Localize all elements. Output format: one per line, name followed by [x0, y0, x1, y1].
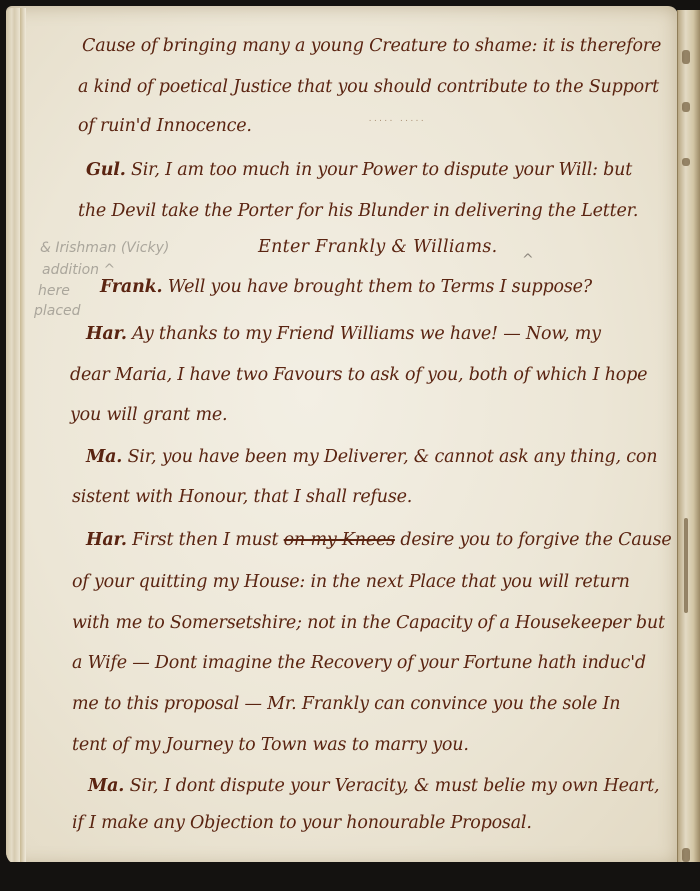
- text-line: me to this proposal — Mr. Frankly can co…: [72, 694, 620, 714]
- stage-direction: Enter Frankly & Williams.: [258, 237, 498, 257]
- dialogue-line: Har. First then I must on my Knees desir…: [86, 530, 672, 550]
- text-line: the Devil take the Porter for his Blunde…: [78, 201, 638, 221]
- text-line: Cause of bringing many a young Creature …: [82, 36, 661, 56]
- insertion-caret-icon: ^: [522, 252, 534, 268]
- dialogue-text: First then I must: [132, 530, 278, 550]
- pencil-margin-note: & Irishman (Vicky): [40, 240, 169, 256]
- text-line: you will grant me.: [70, 405, 227, 425]
- dialogue-line: Ma. Sir, you have been my Deliverer, & c…: [86, 447, 657, 467]
- text-line: if I make any Objection to your honourab…: [72, 813, 532, 833]
- speaker-name: Ma.: [86, 447, 122, 467]
- dialogue-line: Ma. Sir, I dont dispute your Veracity, &…: [88, 776, 659, 796]
- text-line: a kind of poetical Justice that you shou…: [78, 77, 659, 97]
- dialogue-text: Ay thanks to my Friend Williams we have!…: [132, 324, 601, 344]
- speaker-name: Gul.: [86, 160, 126, 180]
- dialogue-text: Sir, I am too much in your Power to disp…: [131, 160, 632, 180]
- dialogue-line: Har. Ay thanks to my Friend Williams we …: [86, 324, 601, 344]
- pencil-margin-note: here: [38, 283, 70, 299]
- dialogue-text: Sir, you have been my Deliverer, & canno…: [128, 447, 658, 467]
- dialogue-text: Well you have brought them to Terms I su…: [168, 277, 592, 297]
- dialogue-text: desire you to forgive the Cause: [400, 530, 671, 550]
- speaker-name: Har.: [86, 530, 127, 550]
- dialogue-line: Gul. Sir, I am too much in your Power to…: [86, 160, 632, 180]
- text-line: with me to Somersetshire; not in the Cap…: [72, 613, 665, 633]
- text-line: of ruin'd Innocence.: [78, 116, 252, 136]
- speaker-name: Har.: [86, 324, 127, 344]
- text-line: dear Maria, I have two Favours to ask of…: [70, 365, 647, 385]
- text-line: tent of my Journey to Town was to marry …: [72, 735, 469, 755]
- text-line: of your quitting my House: in the next P…: [72, 572, 630, 592]
- dialogue-line: Frank. Well you have brought them to Ter…: [100, 277, 592, 297]
- pencil-margin-note: placed: [34, 303, 81, 319]
- pencil-margin-note: addition ^: [42, 262, 115, 278]
- text-line: a Wife — Dont imagine the Recovery of yo…: [72, 653, 646, 673]
- struck-through-text: on my Knees: [284, 530, 395, 550]
- speaker-name: Ma.: [88, 776, 124, 796]
- text-line: sistent with Honour, that I shall refuse…: [72, 487, 412, 507]
- speaker-name: Frank.: [100, 277, 162, 297]
- dialogue-text: Sir, I dont dispute your Veracity, & mus…: [130, 776, 660, 796]
- manuscript-text: Cause of bringing many a young Creature …: [0, 0, 700, 891]
